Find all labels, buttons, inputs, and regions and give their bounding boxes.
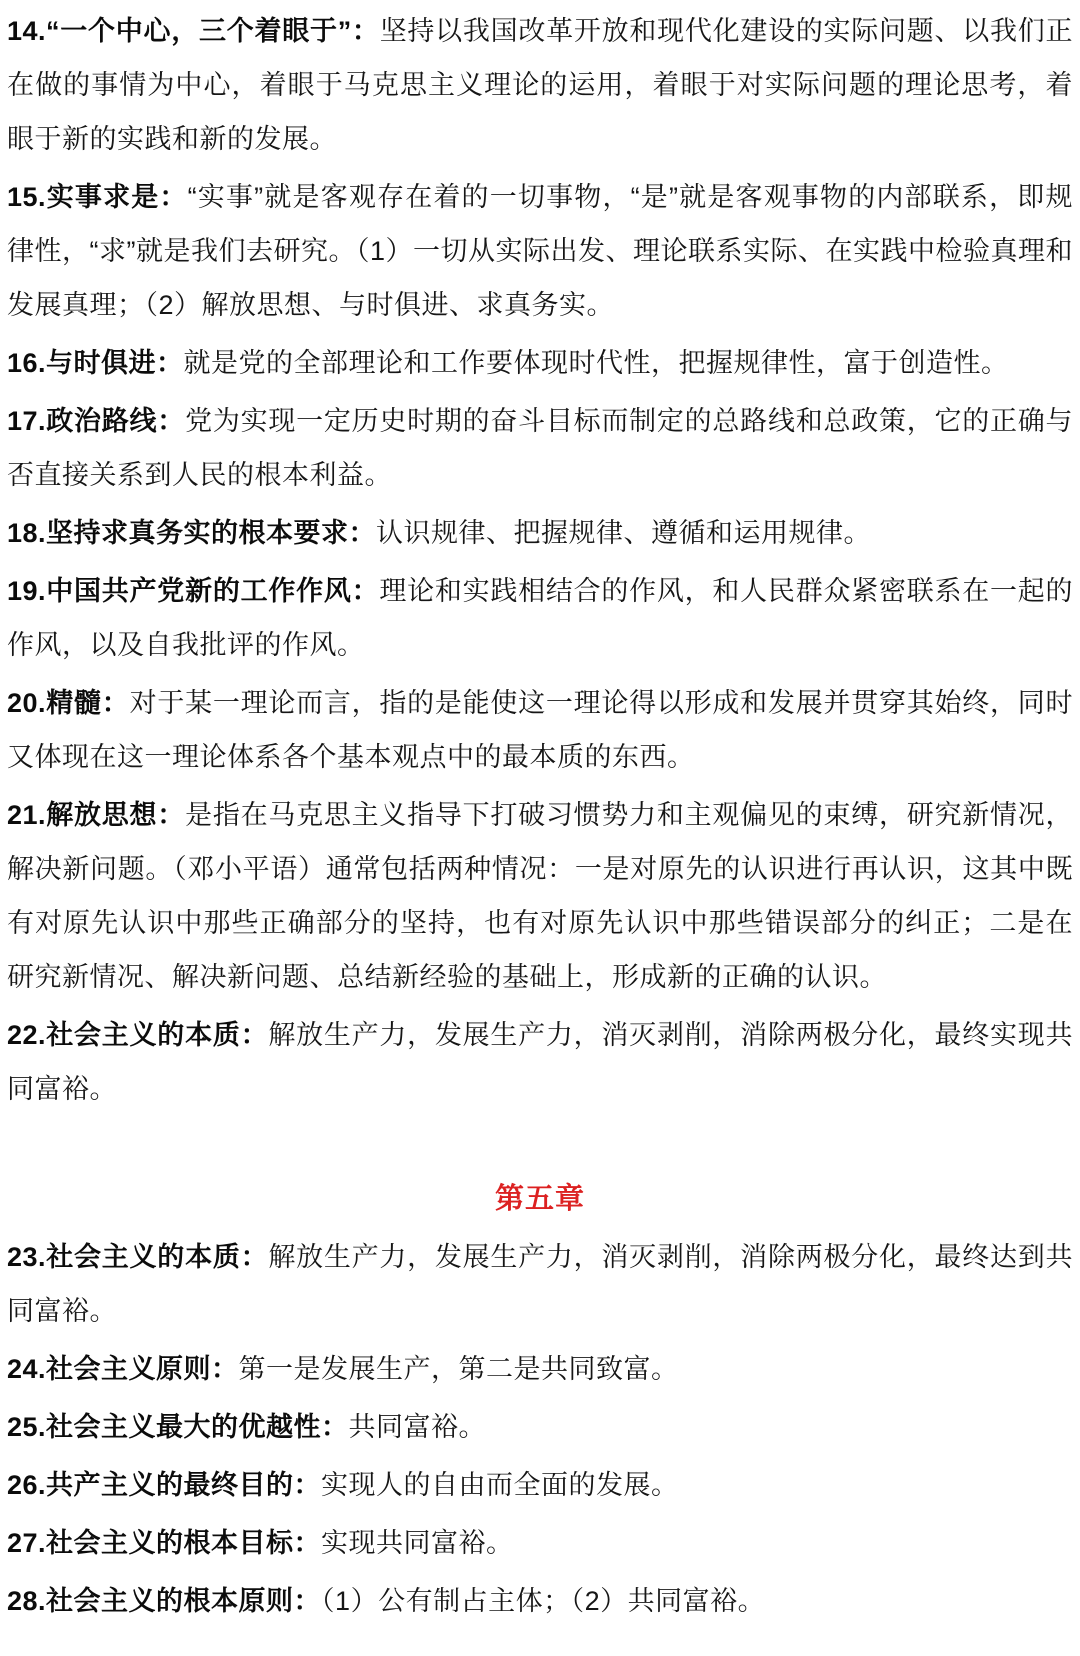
glossary-item-27: 27.社会主义的根本目标：实现共同富裕。 (7, 1516, 1073, 1570)
glossary-item-18: 18.坚持求真务实的根本要求：认识规律、把握规律、遵循和运用规律。 (7, 506, 1073, 560)
glossary-item-28: 28.社会主义的根本原则：（1）公有制占主体；（2）共同富裕。 (7, 1574, 1073, 1628)
glossary-item-20: 20.精髓：对于某一理论而言，指的是能使这一理论得以形成和发展并贯穿其始终，同时… (7, 676, 1073, 784)
term-label: 14.“一个中心，三个着眼于”： (7, 16, 380, 46)
term-label: 16.与时俱进： (7, 348, 184, 378)
chapter-heading: 第五章 (7, 1172, 1073, 1226)
glossary-item-15: 15.实事求是：“实事”就是客观存在着的一切事物，“是”就是客观事物的内部联系，… (7, 170, 1073, 332)
term-label: 19.中国共产党新的工作作风： (7, 576, 379, 606)
glossary-item-14: 14.“一个中心，三个着眼于”：坚持以我国改革开放和现代化建设的实际问题、以我们… (7, 4, 1073, 166)
glossary-item-17: 17.政治路线：党为实现一定历史时期的奋斗目标而制定的总路线和总政策，它的正确与… (7, 394, 1073, 502)
glossary-item-23: 23.社会主义的本质：解放生产力，发展生产力，消灭剥削，消除两极分化，最终达到共… (7, 1230, 1073, 1338)
term-label: 27.社会主义的根本目标： (7, 1528, 321, 1558)
glossary-item-26: 26.共产主义的最终目的：实现人的自由而全面的发展。 (7, 1458, 1073, 1512)
term-label: 26.共产主义的最终目的： (7, 1470, 321, 1500)
glossary-item-22: 22.社会主义的本质：解放生产力，发展生产力，消灭剥削，消除两极分化，最终实现共… (7, 1008, 1073, 1116)
term-label: 20.精髓： (7, 688, 130, 718)
glossary-item-16: 16.与时俱进：就是党的全部理论和工作要体现时代性，把握规律性，富于创造性。 (7, 336, 1073, 390)
term-definition: 认识规律、把握规律、遵循和运用规律。 (376, 518, 871, 548)
term-definition: 对于某一理论而言，指的是能使这一理论得以形成和发展并贯穿其始终，同时又体现在这一… (7, 688, 1073, 772)
term-label: 21.解放思想： (7, 800, 185, 830)
term-label: 22.社会主义的本质： (7, 1020, 268, 1050)
term-definition: 实现人的自由而全面的发展。 (321, 1470, 679, 1500)
term-label: 28.社会主义的根本原则： (7, 1586, 321, 1616)
term-label: 25.社会主义最大的优越性： (7, 1412, 349, 1442)
term-label: 15.实事求是： (7, 182, 188, 212)
term-definition: （1）公有制占主体；（2）共同富裕。 (321, 1586, 765, 1616)
term-definition: 共同富裕。 (349, 1412, 487, 1442)
term-definition: 第一是发展生产，第二是共同致富。 (239, 1354, 679, 1384)
term-definition: 就是党的全部理论和工作要体现时代性，把握规律性，富于创造性。 (184, 348, 1009, 378)
term-label: 18.坚持求真务实的根本要求： (7, 518, 376, 548)
document-page: 14.“一个中心，三个着眼于”：坚持以我国改革开放和现代化建设的实际问题、以我们… (0, 0, 1080, 1656)
glossary-item-24: 24.社会主义原则：第一是发展生产，第二是共同致富。 (7, 1342, 1073, 1396)
term-label: 17.政治路线： (7, 406, 185, 436)
term-label: 24.社会主义原则： (7, 1354, 239, 1384)
glossary-item-19: 19.中国共产党新的工作作风：理论和实践相结合的作风，和人民群众紧密联系在一起的… (7, 564, 1073, 672)
glossary-item-25: 25.社会主义最大的优越性：共同富裕。 (7, 1400, 1073, 1454)
term-label: 23.社会主义的本质： (7, 1242, 268, 1272)
glossary-item-21: 21.解放思想：是指在马克思主义指导下打破习惯势力和主观偏见的束缚，研究新情况，… (7, 788, 1073, 1004)
term-definition: 实现共同富裕。 (321, 1528, 514, 1558)
